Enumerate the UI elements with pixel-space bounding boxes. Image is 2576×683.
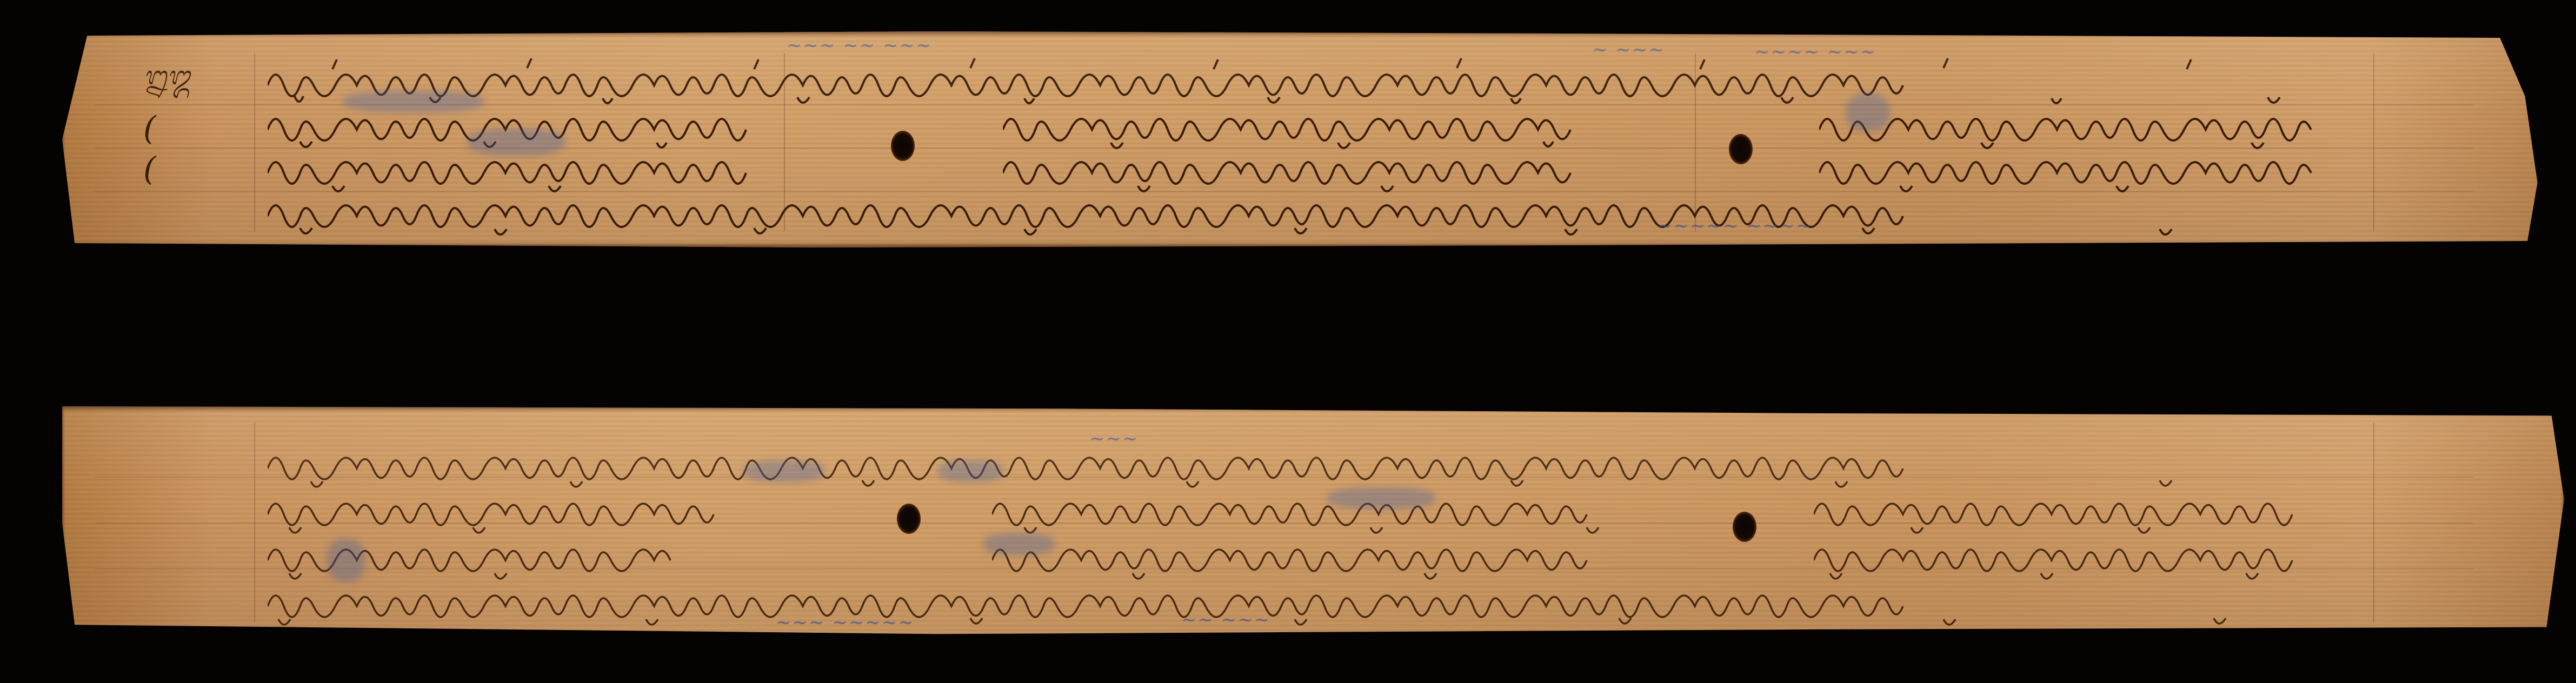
binding-hole xyxy=(1729,134,1753,164)
blue-annotation: ~~~ ~~~~~ xyxy=(776,612,915,633)
blue-ink-smudge xyxy=(938,460,1003,482)
blue-annotation: ~~~ xyxy=(1089,428,1139,450)
blue-annotation: ~ ~~~ xyxy=(1592,39,1665,61)
blue-annotation: ~~~~~ ~~~~ xyxy=(1657,215,1812,237)
palm-leaf-top: ᭒᭓ ( ( ~~~ ~~ ~~~ ~ ~~~ ~~~ xyxy=(62,31,2562,247)
blue-ink-smudge xyxy=(1327,487,1435,509)
blue-ink-smudge xyxy=(343,91,484,112)
folio-number: ᭒᭓ xyxy=(143,58,191,103)
blue-annotation: ~~~ ~~ ~~~ xyxy=(787,35,933,56)
binding-hole xyxy=(891,131,915,161)
binding-hole xyxy=(897,504,921,534)
script-line xyxy=(268,574,2441,633)
blue-annotation: ~~ ~~~ xyxy=(1181,609,1270,631)
blue-annotation: ~~~~ ~~~ xyxy=(1754,41,1876,63)
margin-mark: ( xyxy=(143,110,156,148)
blue-ink-smudge xyxy=(1846,93,1889,131)
script-line xyxy=(268,184,2441,243)
blue-ink-smudge xyxy=(743,460,824,482)
column-ruling-line xyxy=(254,53,255,231)
margin-mark: ( xyxy=(143,150,156,188)
binding-hole xyxy=(1733,512,1756,542)
palm-leaf-bottom: ~~~ ~~~ ~~~~~ ~~ ~~~ xyxy=(62,406,2564,639)
blue-ink-smudge xyxy=(468,129,565,156)
blue-ink-smudge xyxy=(327,539,365,582)
blue-ink-smudge xyxy=(984,533,1054,555)
